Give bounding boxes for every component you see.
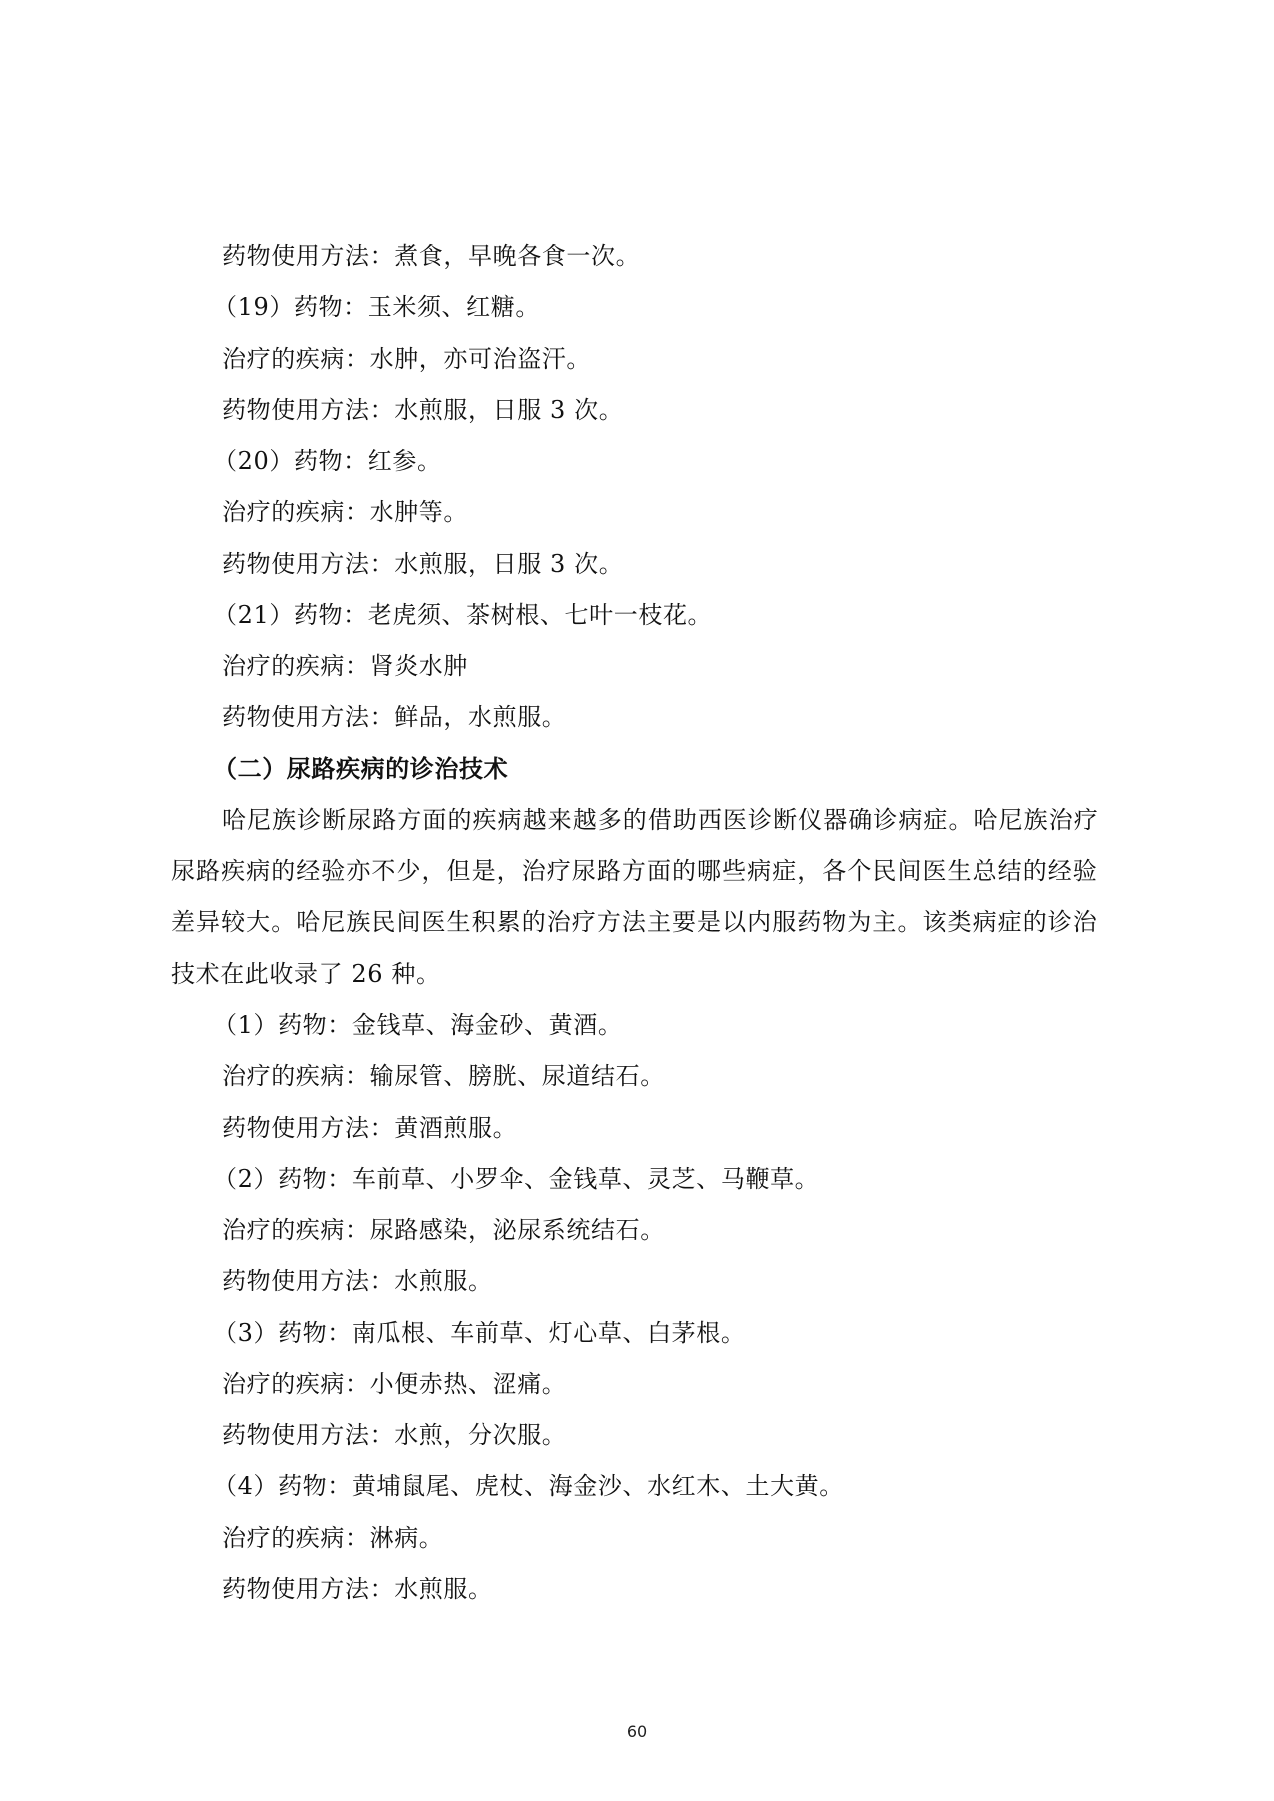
intro-paragraph: 哈尼族诊断尿路方面的疾病越来越多的借助西医诊断仪器确诊病症。哈尼族治疗 尿路疾病… xyxy=(171,795,1106,1000)
usage-line: 药物使用方法：水煎服，日服 3 次。 xyxy=(171,539,1106,590)
usage-line: 药物使用方法：水煎服。 xyxy=(171,1256,1106,1307)
remedy-item-3: （3）药物：南瓜根、车前草、灯心草、白茅根。 xyxy=(171,1308,1106,1359)
usage-line: 药物使用方法：黄酒煎服。 xyxy=(171,1103,1106,1154)
remedy-item-20: （20）药物：红参。 xyxy=(171,436,1106,487)
remedy-item-1: （1）药物：金钱草、海金砂、黄酒。 xyxy=(171,1000,1106,1051)
disease-line: 治疗的疾病：水肿，亦可治盗汗。 xyxy=(171,334,1106,385)
remedy-item-19: （19）药物：玉米须、红糖。 xyxy=(171,282,1106,333)
paragraph-line: 哈尼族诊断尿路方面的疾病越来越多的借助西医诊断仪器确诊病症。哈尼族治疗 xyxy=(171,795,1106,846)
usage-line: 药物使用方法：水煎，分次服。 xyxy=(171,1410,1106,1461)
disease-line: 治疗的疾病：水肿等。 xyxy=(171,487,1106,538)
usage-line: 药物使用方法：鲜品，水煎服。 xyxy=(171,692,1106,743)
disease-line: 治疗的疾病：小便赤热、涩痛。 xyxy=(171,1359,1106,1410)
disease-line: 治疗的疾病：输尿管、膀胱、尿道结石。 xyxy=(171,1051,1106,1102)
remedy-item-4: （4）药物：黄埔鼠尾、虎杖、海金沙、水红木、土大黄。 xyxy=(171,1461,1106,1512)
paragraph-line: 尿路疾病的经验亦不少，但是，治疗尿路方面的哪些病症，各个民间医生总结的经验 xyxy=(171,846,1106,897)
remedy-item-2: （2）药物：车前草、小罗伞、金钱草、灵芝、马鞭草。 xyxy=(171,1154,1106,1205)
paragraph-line: 技术在此收录了 26 种。 xyxy=(171,949,1106,1000)
disease-line: 治疗的疾病：肾炎水肿 xyxy=(171,641,1106,692)
usage-line: 药物使用方法：水煎服，日服 3 次。 xyxy=(171,385,1106,436)
usage-line: 药物使用方法：煮食，早晚各食一次。 xyxy=(171,231,1106,282)
page-number: 60 xyxy=(0,1722,1274,1741)
disease-line: 治疗的疾病：淋病。 xyxy=(171,1513,1106,1564)
document-page: 药物使用方法：煮食，早晚各食一次。 （19）药物：玉米须、红糖。 治疗的疾病：水… xyxy=(0,0,1274,1801)
usage-line: 药物使用方法：水煎服。 xyxy=(171,1564,1106,1615)
page-content: 药物使用方法：煮食，早晚各食一次。 （19）药物：玉米须、红糖。 治疗的疾病：水… xyxy=(171,231,1106,1615)
disease-line: 治疗的疾病：尿路感染，泌尿系统结石。 xyxy=(171,1205,1106,1256)
remedy-item-21: （21）药物：老虎须、茶树根、七叶一枝花。 xyxy=(171,590,1106,641)
paragraph-line: 差异较大。哈尼族民间医生积累的治疗方法主要是以内服药物为主。该类病症的诊治 xyxy=(171,897,1106,948)
section-heading: （二）尿路疾病的诊治技术 xyxy=(171,744,1106,795)
